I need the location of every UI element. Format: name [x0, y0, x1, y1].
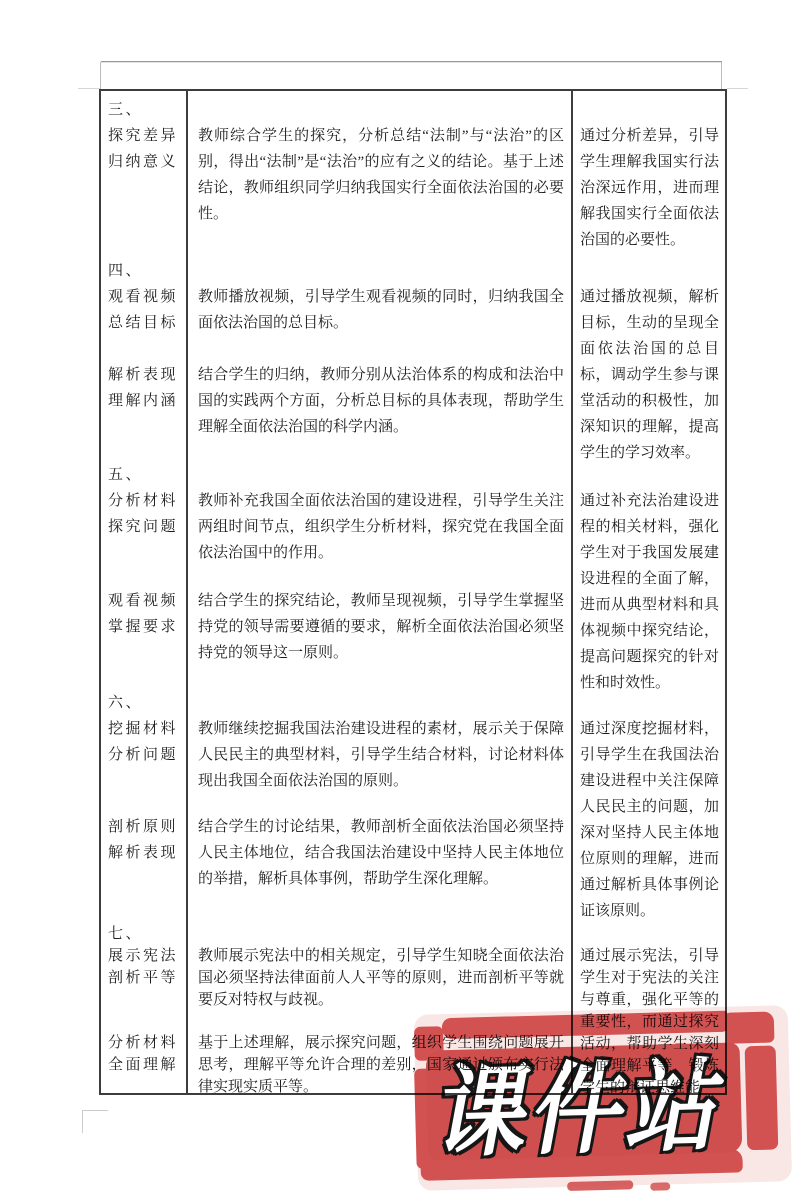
- step-line: 探究差异: [108, 123, 184, 149]
- stamp-border-right: [745, 1045, 779, 1150]
- step-line: 分析材料: [108, 488, 184, 514]
- step-line: 五、: [108, 462, 184, 488]
- step-line: 解析表现: [108, 840, 184, 866]
- step-line: 探究问题: [108, 514, 184, 540]
- step-group: 解析表现 理解内涵: [108, 362, 184, 414]
- purpose-paragraph: 通过播放视频，解析目标，生动的呈现全面依法治国的总目标，调动学生参与课堂活动的积…: [580, 284, 719, 466]
- activity-paragraph: 结合学生的探究结论，教师呈现视频，引导学生掌握坚持党的领导需要遵循的要求，解析全…: [198, 588, 564, 666]
- margin-mark-bottom-left-v: [82, 1110, 83, 1133]
- document-page: { "document": { "table": { "blocks": [ {…: [0, 0, 800, 1200]
- margin-mark-bottom-left: [82, 1110, 108, 1111]
- steps-column: 三、 探究差异 归纳意义 四、 观看视频 总结目标 解析表现 理解内涵 五、 分…: [101, 91, 186, 1093]
- activity-paragraph: 教师展示宪法中的相关规定，引导学生知晓全面依法治国必须坚持法律面前人人平等的原则…: [198, 945, 564, 1011]
- step-line: 四、: [108, 258, 184, 284]
- step-line: 归纳意义: [108, 149, 184, 175]
- step-line: 分析材料: [108, 1032, 184, 1054]
- step-group: 分析材料 全面理解: [108, 1032, 184, 1076]
- step-line: 七、: [108, 923, 184, 945]
- activity-paragraph: 教师继续挖掘我国法治建设进程的素材，展示关于保障人民民主的典型材料，引导学生结合…: [198, 716, 564, 794]
- step-line: 三、: [108, 97, 184, 123]
- step-line: 观看视频: [108, 588, 184, 614]
- step-line: 理解内涵: [108, 388, 184, 414]
- step-group: 剖析原则 解析表现: [108, 814, 184, 866]
- step-line: 剖析原则: [108, 814, 184, 840]
- step-line: 观看视频: [108, 284, 184, 310]
- margin-mark-top-left: [78, 88, 100, 89]
- step-group: 五、 分析材料 探究问题: [108, 462, 184, 540]
- step-line: 全面理解: [108, 1054, 184, 1076]
- page-top-edge: [101, 61, 722, 63]
- step-line: 掌握要求: [108, 614, 184, 640]
- step-group: 六、 挖掘材料 分析问题: [108, 690, 184, 768]
- step-group: 观看视频 掌握要求: [108, 588, 184, 640]
- activity-paragraph: 结合学生的归纳，教师分别从法治体系的构成和法治中国的实践两个方面，分析总目标的具…: [198, 362, 564, 440]
- activity-column: 教师综合学生的探究，分析总结“法制”与“法治”的区别，得出“法制”是“法治”的应…: [188, 91, 571, 1093]
- step-group: 七、 展示宪法 剖析平等: [108, 923, 184, 989]
- activity-paragraph: 结合学生的讨论结果，教师剖析全面依法治国必须坚持人民主体地位，结合我国法治建设中…: [198, 814, 564, 892]
- step-line: 解析表现: [108, 362, 184, 388]
- step-group: 四、 观看视频 总结目标: [108, 258, 184, 336]
- step-group: 三、 探究差异 归纳意义: [108, 97, 184, 175]
- purpose-column: 通过分析差异，引导学生理解我国实行法治深远作用，进而理解我国实行全面依法治国的必…: [573, 91, 725, 1093]
- stamp-speck: [567, 1180, 633, 1191]
- margin-mark-top-right: [727, 88, 748, 89]
- page-edge-right-stub: [721, 62, 722, 89]
- stamp-watermark: 课件站: [408, 1001, 799, 1200]
- page-edge-left-stub: [100, 62, 101, 89]
- step-line: 总结目标: [108, 310, 184, 336]
- purpose-paragraph: 通过补充法治建设进程的相关材料，强化学生对于我国发展建设进程的全面了解，进而从典…: [580, 488, 719, 696]
- activity-paragraph: 教师补充我国全面依法治国的建设进程，引导学生关注两组时间节点，组织学生分析材料，…: [198, 488, 564, 566]
- activity-paragraph: 教师综合学生的探究，分析总结“法制”与“法治”的区别，得出“法制”是“法治”的应…: [198, 123, 564, 227]
- stamp-text: 课件站: [427, 1026, 741, 1177]
- step-line: 六、: [108, 690, 184, 716]
- stamp-ink-pad: 课件站: [426, 1042, 743, 1160]
- step-line: 分析问题: [108, 742, 184, 768]
- activity-paragraph: 教师播放视频，引导学生观看视频的同时，归纳我国全面依法治国的总目标。: [198, 284, 564, 336]
- purpose-paragraph: 通过分析差异，引导学生理解我国实行法治深远作用，进而理解我国实行全面依法治国的必…: [580, 123, 719, 253]
- step-line: 挖掘材料: [108, 716, 184, 742]
- lesson-plan-table: 三、 探究差异 归纳意义 四、 观看视频 总结目标 解析表现 理解内涵 五、 分…: [99, 89, 727, 1095]
- purpose-paragraph: 通过深度挖掘材料，引导学生在我国法治建设进程中关注保障人民民主的问题，加深对坚持…: [580, 716, 719, 924]
- step-line: 展示宪法: [108, 945, 184, 967]
- stamp-speck: [650, 1182, 670, 1191]
- step-line: 剖析平等: [108, 967, 184, 989]
